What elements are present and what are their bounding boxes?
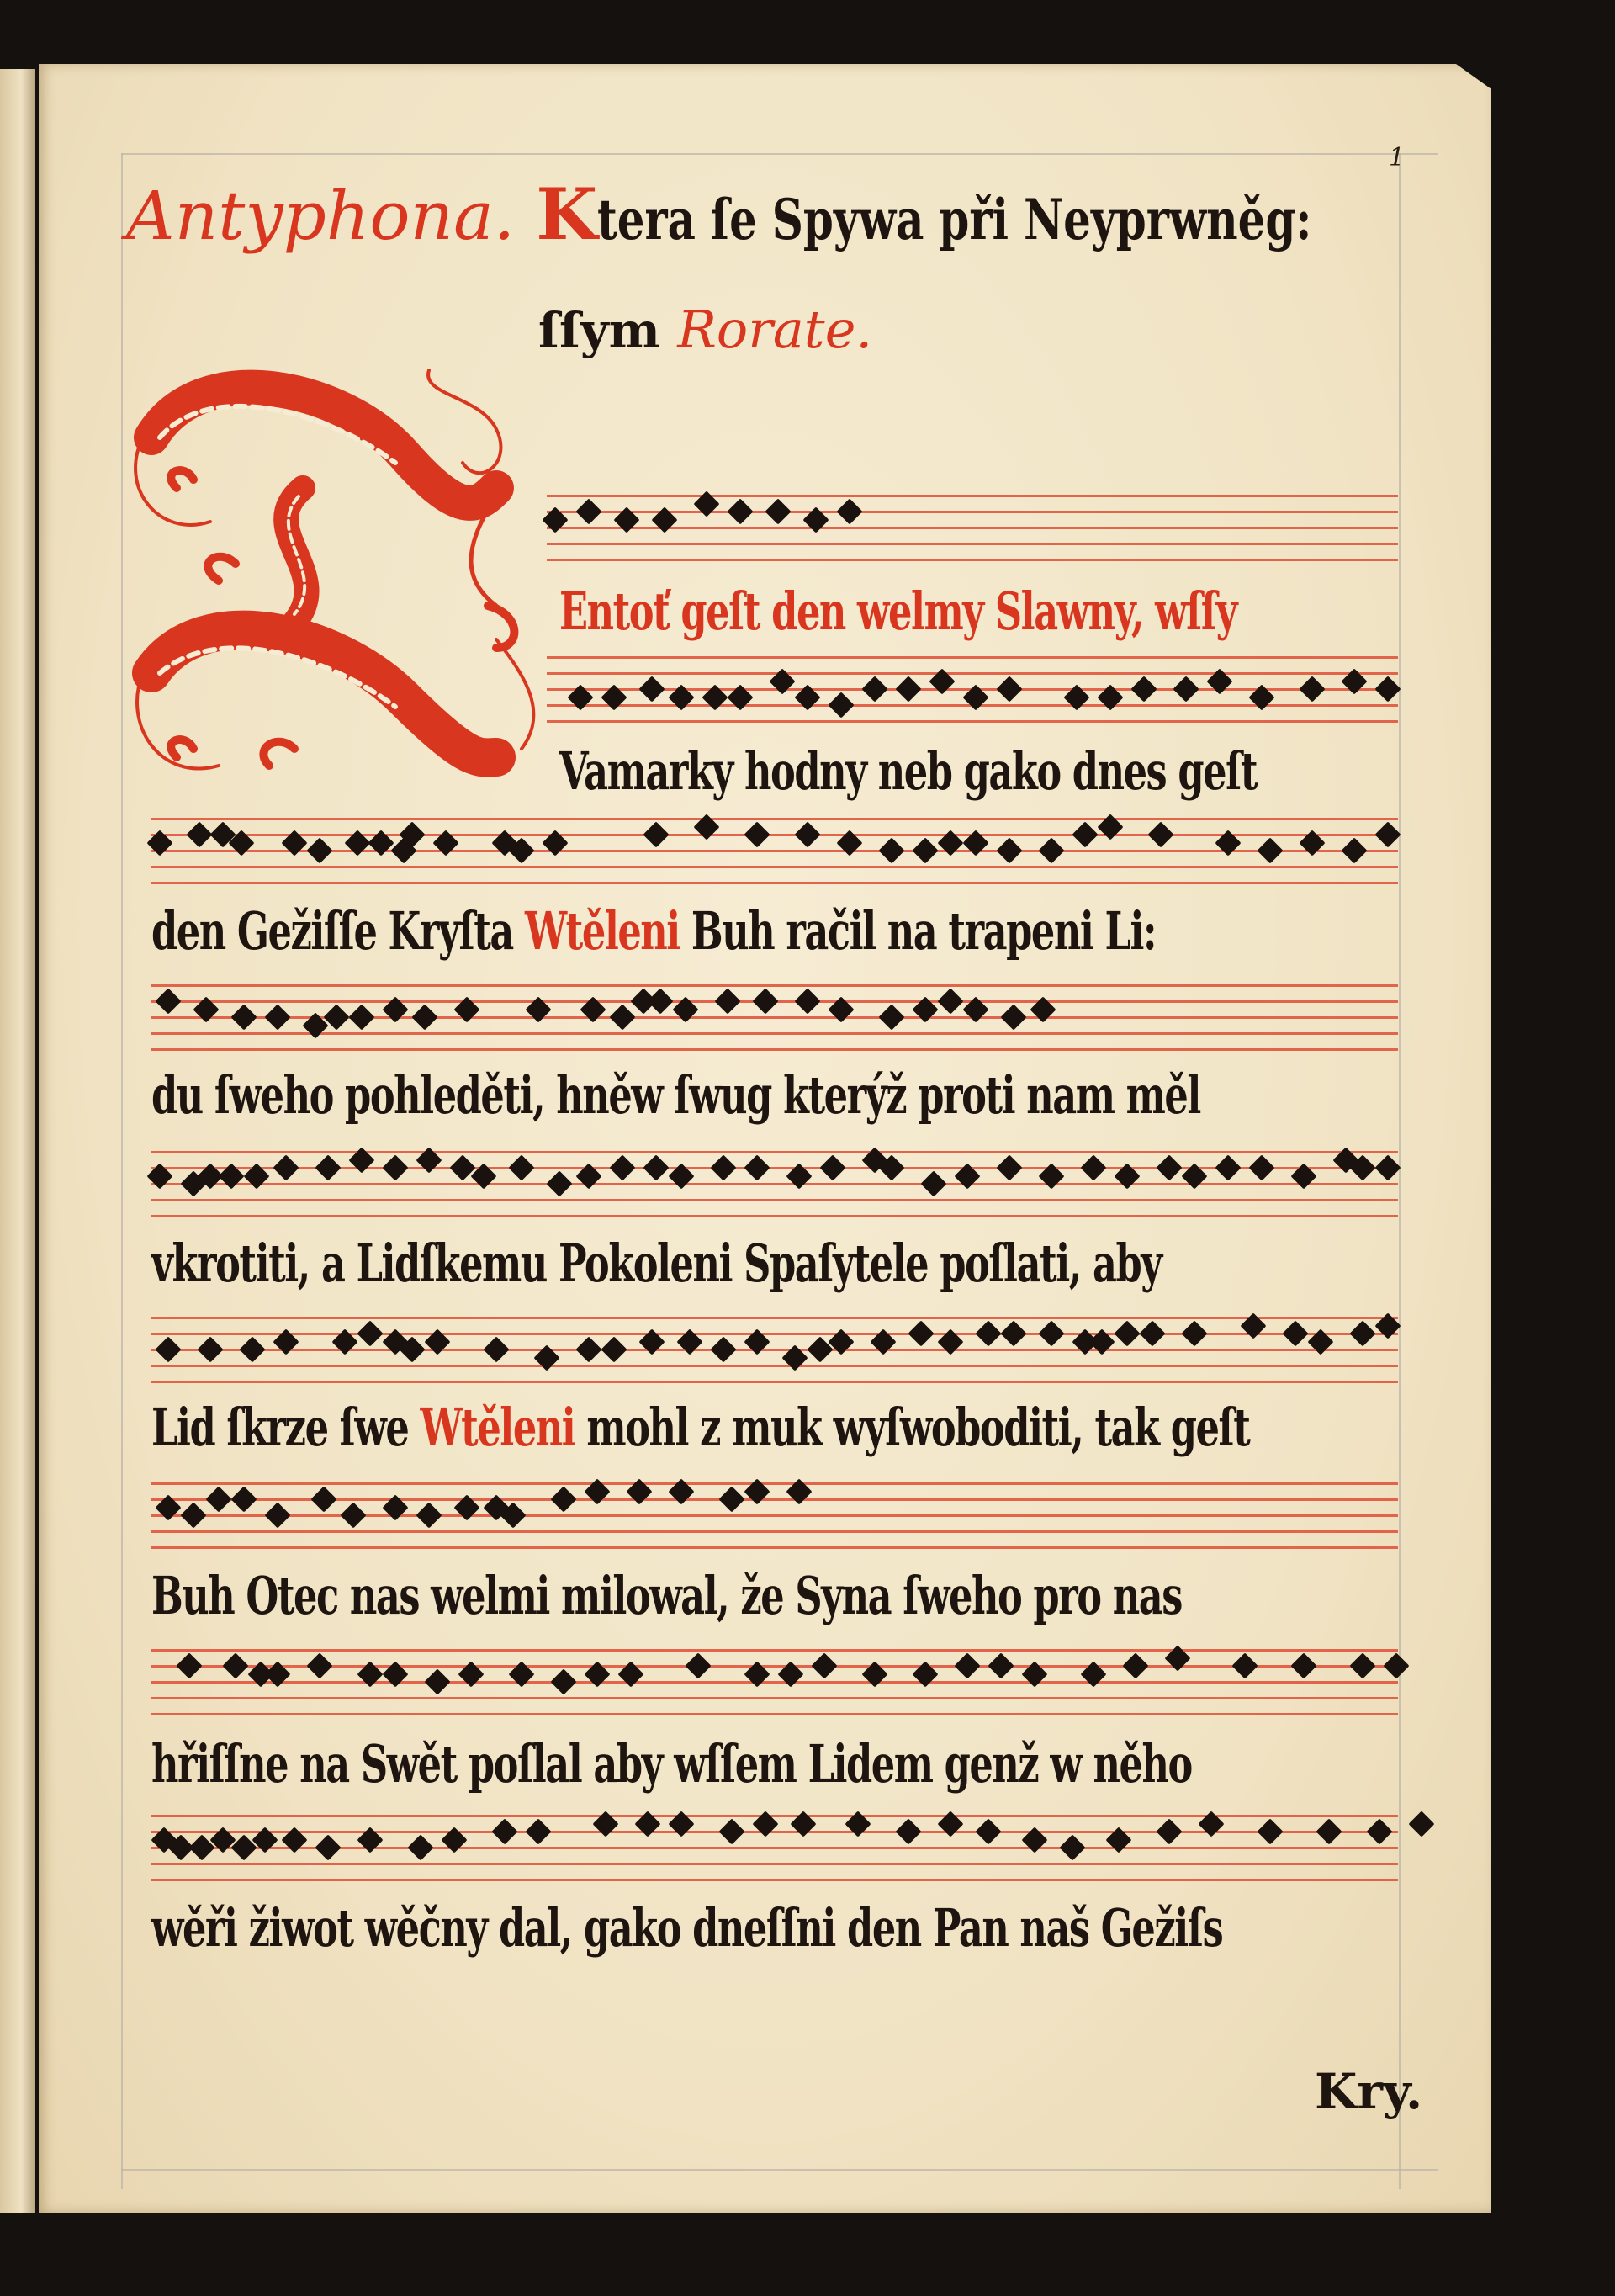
note-diamond-icon [794,821,820,847]
lyric-text: du ſweho pohleděti, hněw ſwug kterýž pro… [151,1064,1200,1126]
staff-line [547,543,1398,545]
heading-antyphona: Antyphona. [126,177,515,255]
lyric-text: vkrotiti, a Lidſkemu Pokoleni Spaſytele … [151,1233,1162,1294]
staff-line [151,866,1398,868]
note-diamond-icon [920,1170,946,1196]
note-diamond-icon [483,1336,509,1362]
note-diamond-icon [744,821,770,847]
note-diamond-icon [1366,1818,1392,1844]
note-diamond-icon [1341,837,1367,863]
note-diamond-icon [546,1170,572,1196]
note-diamond-icon [1374,821,1401,847]
note-diamond-icon [1231,1652,1258,1678]
note-diamond-icon [794,988,820,1014]
note-diamond-icon [1147,821,1173,847]
note-diamond-icon [1139,1320,1165,1346]
note-diamond-icon [609,1154,635,1180]
decorated-initial-t-icon [126,362,547,799]
note-diamond-icon [975,1818,1001,1844]
note-diamond-icon [609,1004,635,1030]
lyric-text: hřiſſne na Swět poſlal aby wſſem Lidem g… [151,1733,1192,1795]
staff-1 [547,495,1398,565]
note-diamond-icon [1374,676,1401,702]
note-diamond-icon [819,1154,845,1180]
note-diamond-icon [230,1486,257,1512]
note-diamond-icon [205,1486,231,1512]
heading-red-initial: K [536,172,597,256]
lyric-text: mohl z muk wyſwoboditi, tak geſt [575,1397,1249,1458]
staff-line [547,720,1398,723]
staff-line [151,1530,1398,1533]
note-diamond-icon [861,676,887,702]
note-diamond-icon [727,498,753,524]
staff-line [151,1365,1398,1367]
staff-line [151,1713,1398,1715]
staff-line [151,1317,1398,1319]
note-diamond-icon [491,1818,517,1844]
note-diamond-icon [954,1652,980,1678]
rubric-text: Wtěleni [420,1397,575,1458]
note-diamond-icon [315,1154,341,1180]
note-diamond-icon [765,498,791,524]
note-diamond-icon [273,1154,299,1180]
note-diamond-icon [508,1154,534,1180]
heading-black-text: tera ſe Spywa při Neyprwněg: [597,187,1311,252]
heading-black-ssym: ſſym [538,302,660,359]
lyric-text: Buh račil na trapeni Li: [680,900,1156,962]
note-diamond-icon [975,1320,1001,1346]
staff-line [547,559,1398,561]
note-diamond-icon [718,1818,744,1844]
note-diamond-icon [550,1486,576,1512]
lyric-line-6: Lid ſkrze ſwe Wtěleni mohl z muk wyſwobo… [151,1397,1249,1458]
note-diamond-icon [1000,1004,1026,1030]
note-diamond-icon [878,1004,904,1030]
staff-3 [151,818,1398,888]
lyric-line-5: vkrotiti, a Lidſkemu Pokoleni Spaſytele … [151,1233,1162,1294]
staff-6 [151,1317,1398,1387]
note-diamond-icon [1181,1320,1207,1346]
note-diamond-icon [643,1154,669,1180]
staff-line [547,495,1398,497]
note-diamond-icon [1215,1154,1241,1180]
note-diamond-icon [306,837,332,863]
note-diamond-icon [895,676,921,702]
note-diamond-icon [155,988,181,1014]
lyric-text: Buh Otec nas welmi milowal, že Syna ſweh… [151,1565,1182,1626]
note-diamond-icon [176,1652,202,1678]
staff-line [151,1514,1398,1517]
note-diamond-icon [1000,1320,1026,1346]
staff-line [151,984,1398,987]
staff-line [151,1032,1398,1035]
page-number: 1 [1389,143,1405,172]
note-diamond-icon [828,692,854,718]
note-diamond-icon [1080,1154,1106,1180]
rubric-text: Entoť geſt den welmy Slawny, wſſy [559,581,1236,642]
note-diamond-icon [230,1004,257,1030]
note-diamond-icon [1248,1154,1274,1180]
staff-line [151,1665,1398,1668]
staff-line [151,1498,1398,1501]
staff-line [151,1649,1398,1652]
lyric-line-4: du ſweho pohleděti, hněw ſwug kterýž pro… [151,1064,1200,1126]
note-diamond-icon [1059,1834,1085,1860]
note-diamond-icon [357,1320,383,1346]
staff-line [151,1215,1398,1217]
staff-line [151,1151,1398,1153]
staff-line [547,527,1398,529]
staff-line [151,1863,1398,1865]
lyric-line-2: Vamarky hodny neb gako dnes geſt [559,740,1257,802]
note-diamond-icon [908,1320,934,1346]
note-diamond-icon [752,988,778,1014]
note-diamond-icon [411,1004,437,1030]
staff-line [151,1681,1398,1684]
staff-line [151,1183,1398,1185]
note-diamond-icon [744,1154,770,1180]
staff-5 [151,1151,1398,1222]
staff-9 [151,1815,1398,1885]
note-diamond-icon [937,988,963,1014]
note-diamond-icon [1257,837,1283,863]
note-diamond-icon [550,1668,576,1694]
note-diamond-icon [895,1818,921,1844]
staff-2 [547,656,1398,727]
note-diamond-icon [315,1834,341,1860]
note-diamond-icon [878,837,904,863]
note-diamond-icon [811,1652,837,1678]
note-diamond-icon [1114,1320,1140,1346]
ruling-left [121,153,123,2189]
note-diamond-icon [1156,1154,1182,1180]
ruling-right [1399,153,1401,2189]
note-diamond-icon [407,1834,433,1860]
staff-line [547,672,1398,675]
catchword: Kry. [1315,2063,1422,2120]
note-diamond-icon [1299,676,1325,702]
staff-7 [151,1482,1398,1553]
note-diamond-icon [239,1336,265,1362]
note-diamond-icon [264,1502,290,1528]
note-diamond-icon [685,1652,711,1678]
note-diamond-icon [1173,676,1199,702]
note-diamond-icon [222,1652,248,1678]
staff-line [151,834,1398,836]
note-diamond-icon [1349,1652,1375,1678]
staff-line [151,850,1398,852]
lyric-text: den Gežiſſe Kryſta [151,900,525,962]
note-diamond-icon [310,1486,336,1512]
note-diamond-icon [575,498,601,524]
staff-line [151,1482,1398,1485]
staff-line [151,1199,1398,1201]
note-diamond-icon [996,1154,1022,1180]
note-diamond-icon [601,1336,627,1362]
note-diamond-icon [638,676,665,702]
staff-line [151,1879,1398,1881]
note-diamond-icon [1316,1818,1342,1844]
staff-line [151,1048,1398,1051]
note-diamond-icon [912,837,938,863]
heading-line-1: Antyphona. Ktera ſe Spywa při Neyprwněg: [126,172,1513,256]
staff-line [151,818,1398,820]
note-diamond-icon [996,676,1022,702]
lyric-text: Lid ſkrze ſwe [151,1397,420,1458]
note-diamond-icon [710,1336,736,1362]
note-diamond-icon [340,1502,366,1528]
note-diamond-icon [575,1336,601,1362]
note-diamond-icon [1072,821,1098,847]
note-diamond-icon [1257,1818,1283,1844]
lyric-line-8: hřiſſne na Swět poſlal aby wſſem Lidem g… [151,1733,1192,1795]
lyric-text: Vamarky hodny neb gako dnes geſt [559,740,1257,802]
staff-line [151,1381,1398,1383]
note-diamond-icon [647,988,673,1014]
ruling-bottom [121,2169,1438,2171]
lyric-line-9: wěři žiwot wěčny dal, gako dneſſni den P… [151,1897,1222,1959]
staff-line [547,656,1398,659]
note-diamond-icon [155,1336,181,1362]
note-diamond-icon [1282,1320,1308,1346]
note-diamond-icon [718,1486,744,1512]
lyric-line-1: Entoť geſt den welmy Slawny, wſſy [559,581,1236,642]
staff-8 [151,1649,1398,1720]
note-diamond-icon [1122,1652,1148,1678]
note-diamond-icon [1349,1320,1375,1346]
note-diamond-icon [1156,1818,1182,1844]
lyric-text: wěři žiwot wěčny dal, gako dneſſni den P… [151,1897,1222,1959]
note-diamond-icon [186,821,212,847]
note-diamond-icon [996,837,1022,863]
heading-line-2: ſſym Rorate. [538,299,872,360]
rubric-text: Wtěleni [525,900,680,962]
note-diamond-icon [525,1818,551,1844]
note-diamond-icon [643,821,669,847]
staff-line [151,1546,1398,1549]
note-diamond-icon [382,1154,408,1180]
staff-line [151,1697,1398,1699]
note-diamond-icon [306,1652,332,1678]
staff-line [547,511,1398,513]
lyric-line-7: Buh Otec nas welmi milowal, že Syna ſweh… [151,1565,1182,1626]
note-diamond-icon [264,1004,290,1030]
note-diamond-icon [1038,1320,1064,1346]
note-diamond-icon [1038,837,1064,863]
note-diamond-icon [1374,1154,1401,1180]
lyric-line-3: den Gežiſſe Kryſta Wtěleni Buh račil na … [151,900,1156,962]
note-diamond-icon [1290,1652,1316,1678]
note-diamond-icon [197,1336,223,1362]
note-diamond-icon [348,1004,374,1030]
previous-page-edge [0,69,35,2213]
note-diamond-icon [180,1502,206,1528]
staff-4 [151,984,1398,1055]
note-diamond-icon [714,988,740,1014]
note-diamond-icon [416,1502,442,1528]
note-diamond-icon [1130,676,1157,702]
note-diamond-icon [836,498,862,524]
staff-line [151,882,1398,884]
note-diamond-icon [424,1668,450,1694]
note-diamond-icon [710,1154,736,1180]
heading-rorate: Rorate. [677,299,872,360]
ruling-top [121,153,1438,155]
note-diamond-icon [988,1652,1014,1678]
